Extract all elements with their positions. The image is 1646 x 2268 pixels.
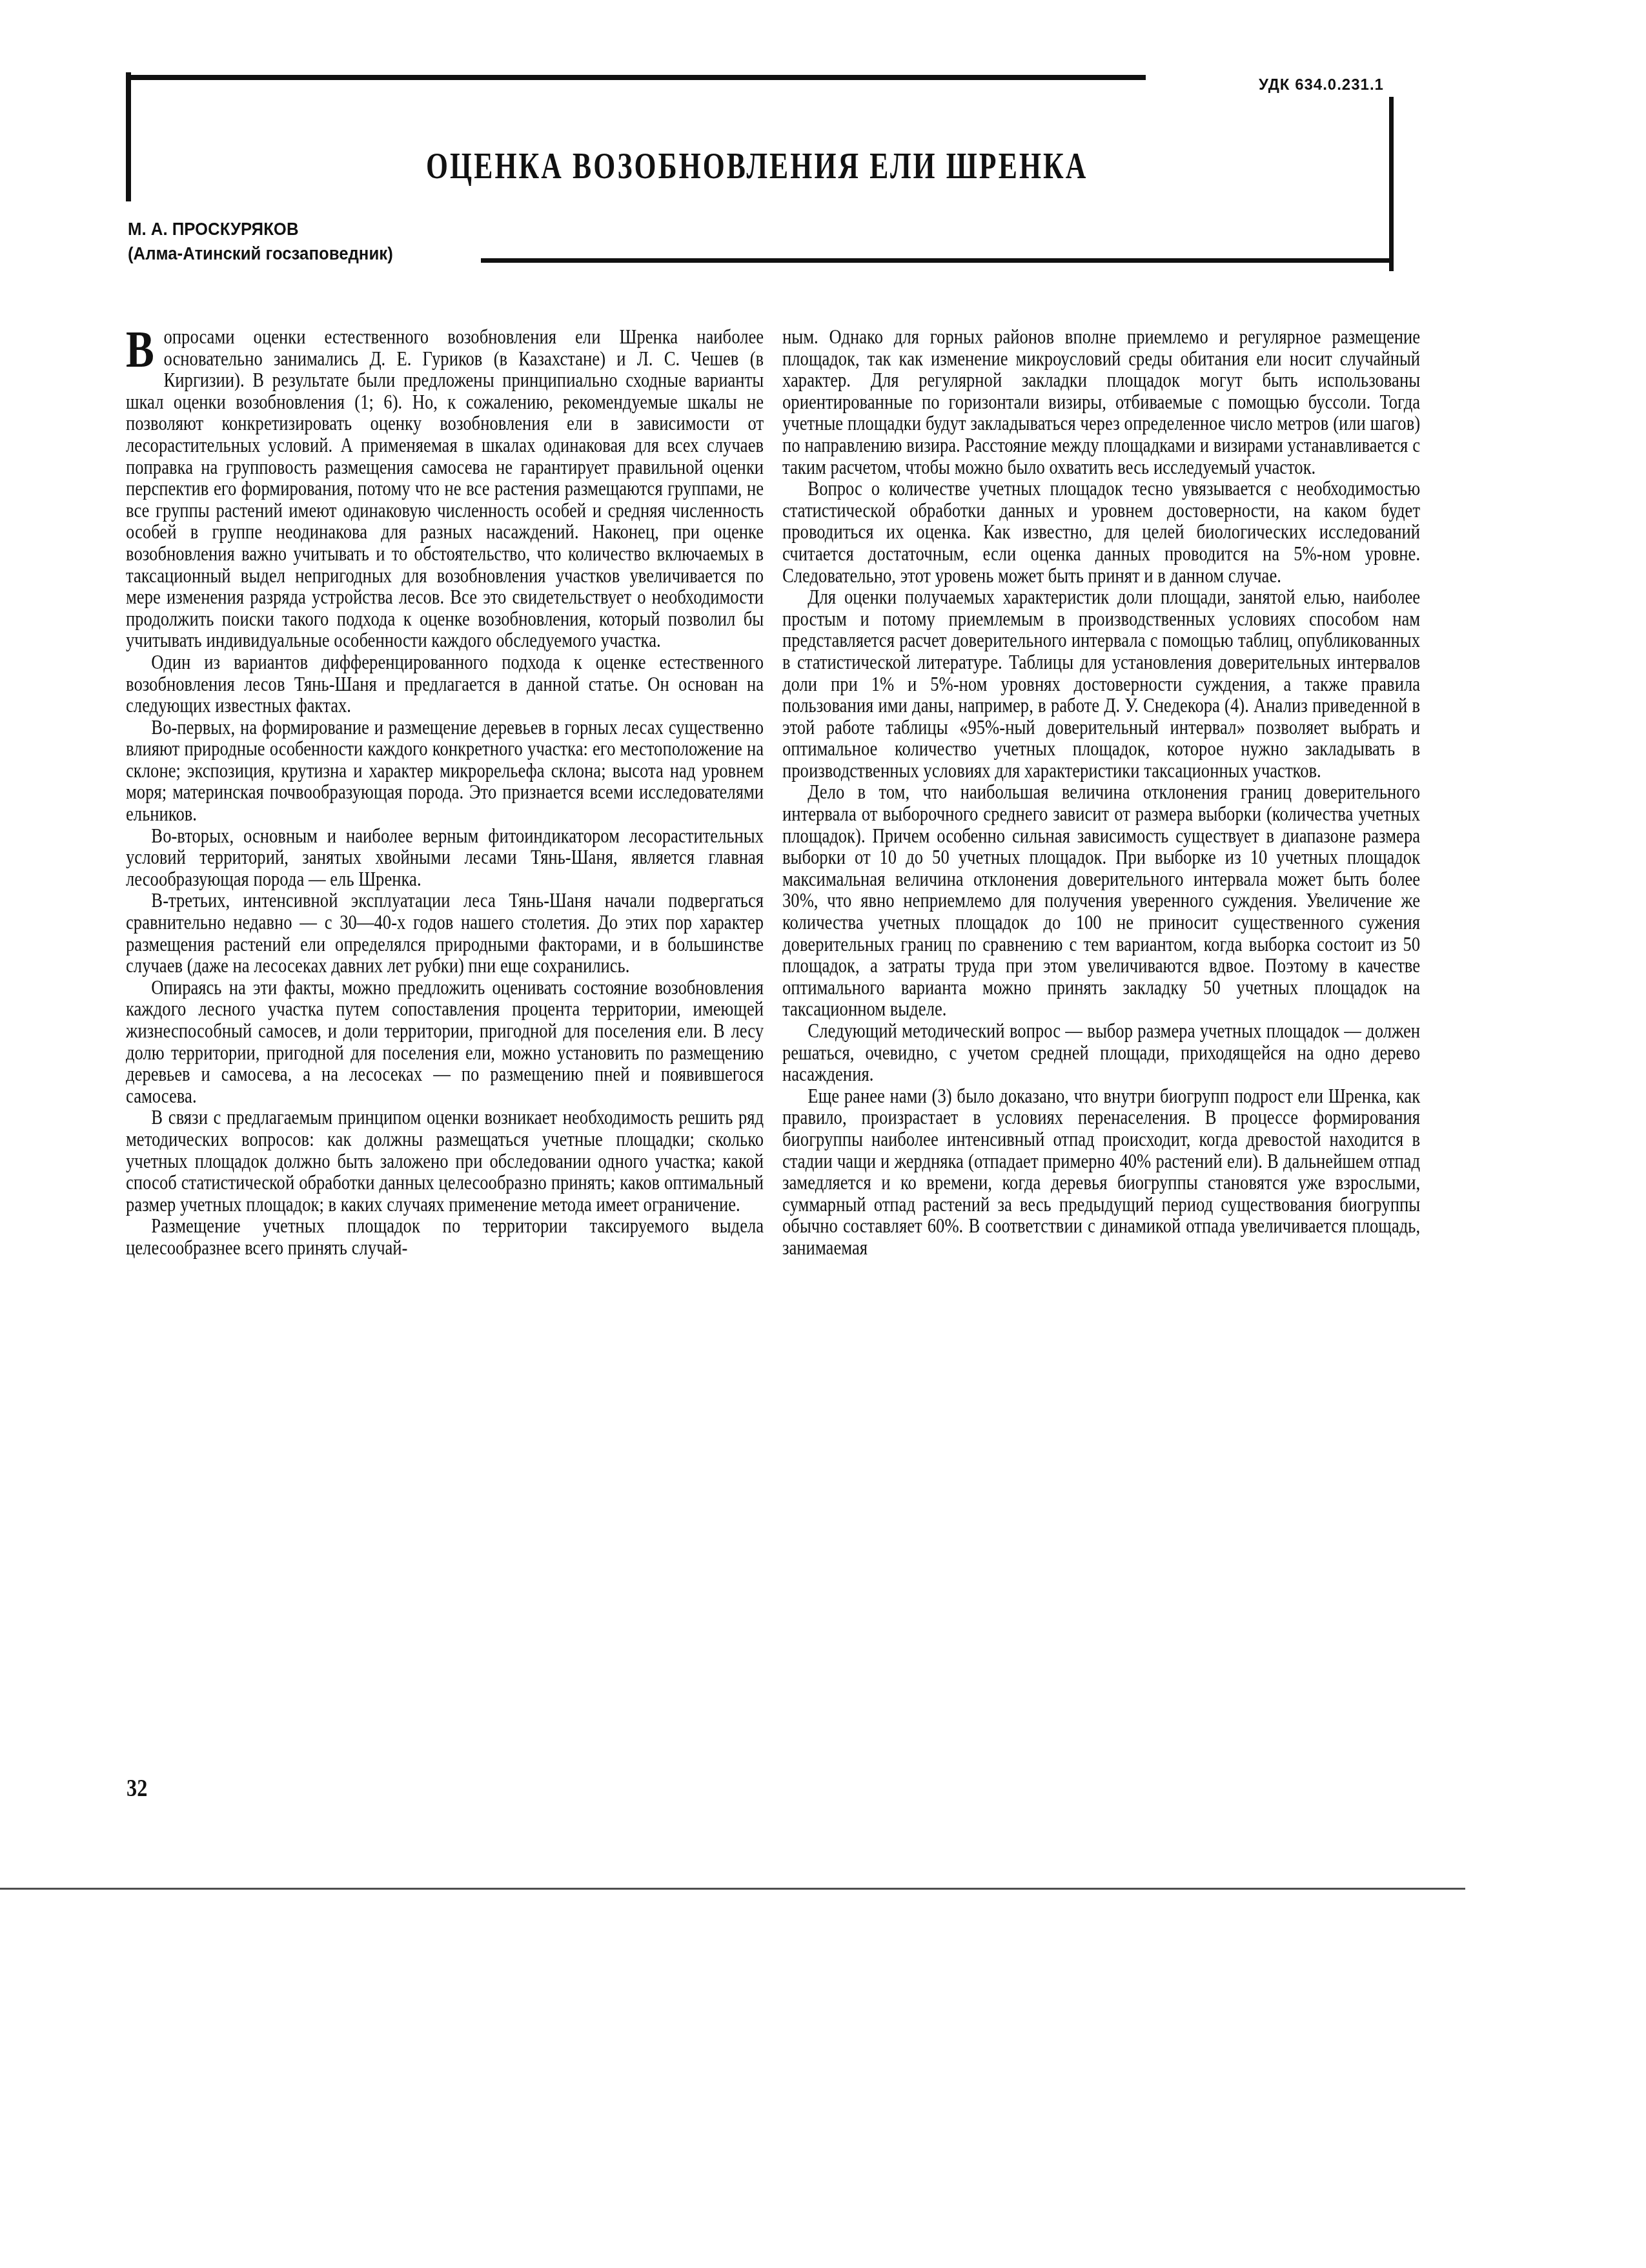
header-frame-top-rule [126, 75, 1146, 80]
drop-cap: В [126, 329, 154, 371]
author-block: М. А. ПРОСКУРЯКОВ (Алма-Атинский госзапо… [128, 217, 393, 266]
paragraph: Опираясь на эти факты, можно предложить … [126, 977, 764, 1108]
article-title: ОЦЕНКА ВОЗОБНОВЛЕНИЯ ЕЛИ ШРЕНКА [426, 146, 930, 187]
paragraph: В-третьих, интенсивной эксплуатации леса… [126, 890, 764, 977]
header-frame-left-rule [126, 72, 131, 201]
left-column: Вопросами оценки естественного возобновл… [126, 327, 650, 1260]
page-number: 32 [127, 1774, 147, 1803]
paragraph: Вопрос о количестве учетных площадок тес… [782, 478, 1420, 587]
paragraph: Дело в том, что наибольшая величина откл… [782, 782, 1420, 1021]
paragraph: Размещение учетных площадок по территори… [126, 1216, 764, 1259]
author-name: М. А. ПРОСКУРЯКОВ [128, 217, 393, 241]
udk-code: УДК 634.0.231.1 [1259, 76, 1384, 94]
paragraph: Один из вариантов дифференцированного по… [126, 652, 764, 717]
page-bottom-rule [0, 1888, 1465, 1890]
paragraph: Вопросами оценки естественного возобновл… [126, 327, 764, 652]
paragraph: Во-вторых, основным и наиболее верным фи… [126, 826, 764, 891]
paragraph: Для оценки получаемых характеристик доли… [782, 587, 1420, 782]
author-affiliation: (Алма-Атинский госзаповедник) [128, 241, 393, 266]
paragraph: ным. Однако для горных районов вполне пр… [782, 327, 1420, 478]
paragraph: В связи с предлагаемым принципом оценки … [126, 1107, 764, 1216]
header-frame-right-rule [1389, 97, 1394, 271]
paragraph: Следующий методический вопрос — выбор ра… [782, 1021, 1420, 1086]
paragraph: Во-первых, на формирование и размещение … [126, 717, 764, 826]
paragraph: Еще ранее нами (3) было доказано, что вн… [782, 1086, 1420, 1260]
right-column: ным. Однако для горных районов вполне пр… [782, 327, 1306, 1260]
header-frame-bottom-rule [481, 258, 1391, 263]
